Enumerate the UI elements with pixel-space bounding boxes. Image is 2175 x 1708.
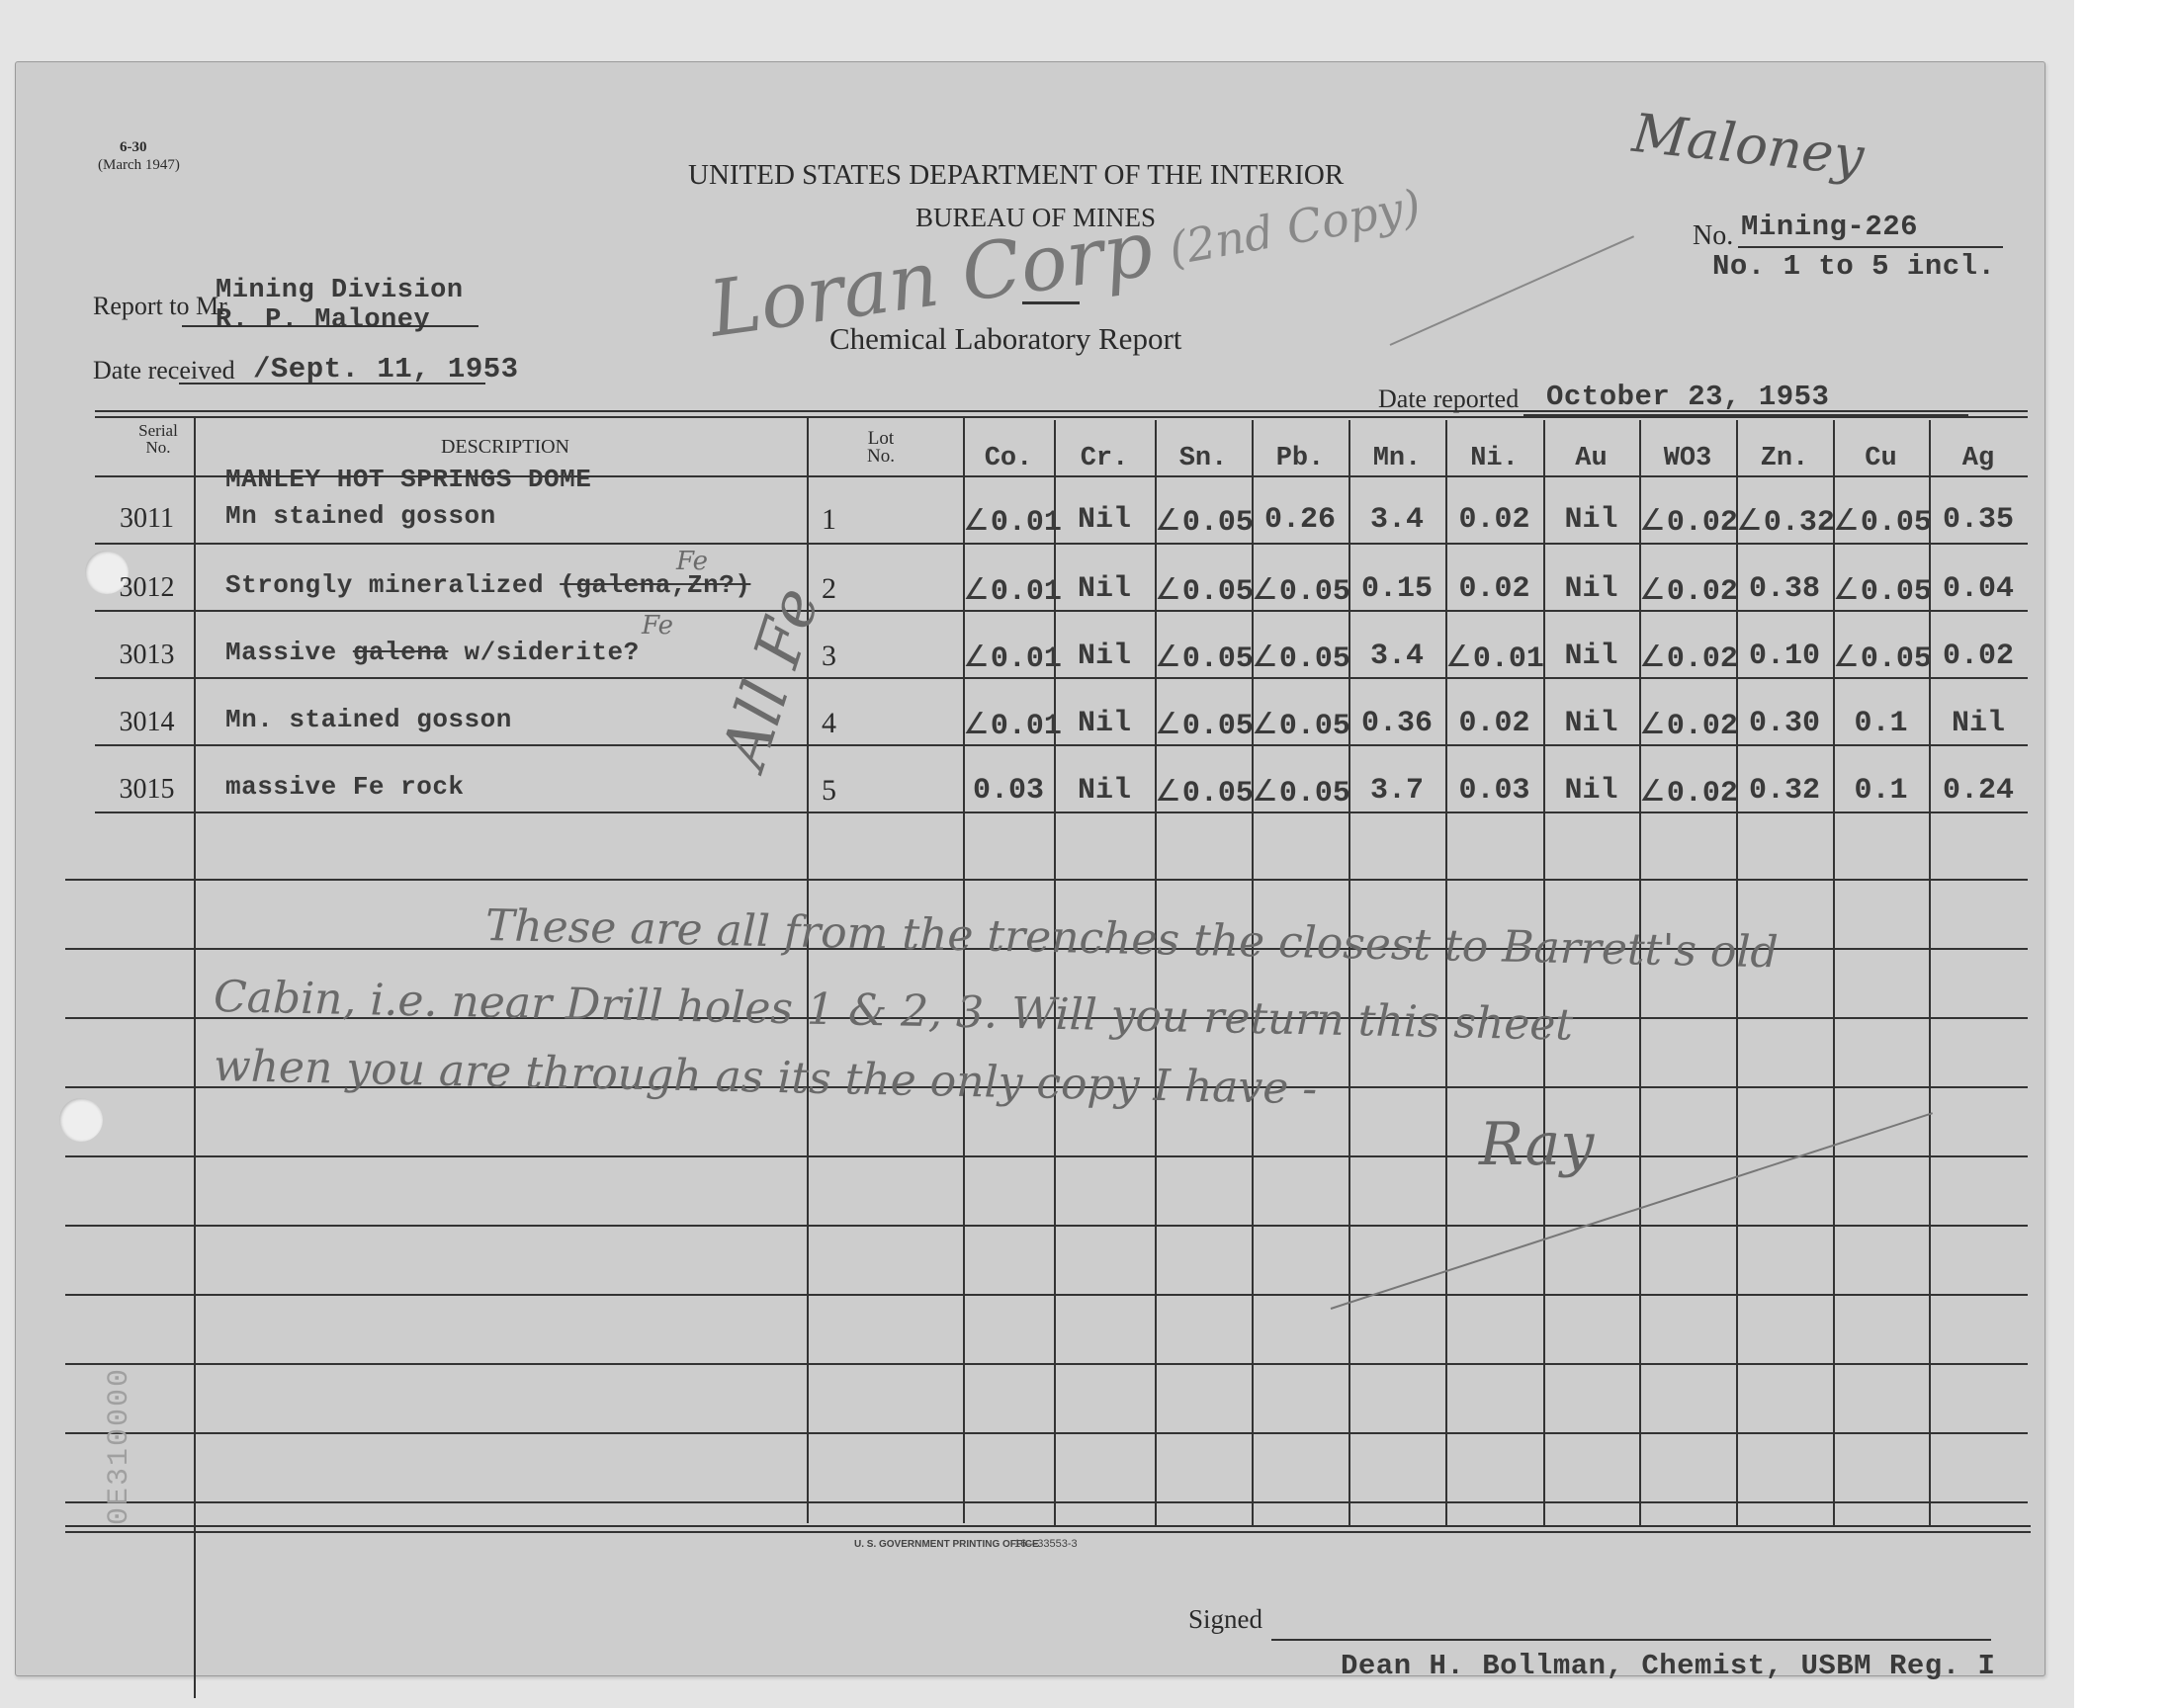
date-received-value: /Sept. 11, 1953 (253, 353, 519, 385)
less-than-icon: ∠ (1639, 503, 1666, 538)
assay-value-co: ∠0.01 (963, 503, 1054, 540)
row-rule (95, 677, 2028, 679)
assay-value-mn: 0.36 (1348, 707, 1445, 740)
description-text: Mn. stained gosson (225, 705, 512, 734)
less-than-icon: ∠ (1445, 640, 1472, 674)
assay-value-text: 0.36 (1361, 707, 1433, 740)
assay-value-text: Nil (1564, 707, 1617, 740)
assay-value-text: 0.02 (1667, 710, 1738, 743)
assay-value-text: 3.7 (1370, 774, 1424, 808)
handwritten-fe-row2: Fe (676, 547, 708, 576)
assay-value-zn: 0.30 (1736, 707, 1833, 740)
table-top-rule (95, 410, 2028, 412)
assay-value-mn: 3.4 (1348, 503, 1445, 537)
assay-value-au: Nil (1543, 572, 1639, 606)
assay-value-text: 0.05 (1182, 642, 1254, 676)
printing-code: 16—33553-3 (1014, 1538, 1078, 1550)
column-rule (807, 418, 809, 1523)
signature-line (1271, 1639, 1991, 1641)
assay-value-pb: 0.26 (1252, 503, 1348, 537)
assay-value-cr: Nil (1054, 503, 1155, 537)
date-received-label: Date received (93, 356, 235, 385)
report-no-range: No. 1 to 5 incl. (1712, 250, 1995, 283)
row-rule (65, 1501, 2028, 1503)
assay-value-text: 0.01 (991, 642, 1062, 676)
assay-value-text: 0.02 (1943, 640, 2014, 673)
less-than-icon: ∠ (1736, 503, 1763, 538)
report-to-name: R. P. Maloney (216, 305, 430, 335)
location-heading: MANLEY HOT SPRINGS DOME (225, 465, 591, 494)
description-suffix-text: w/siderite? (448, 638, 639, 667)
assay-value-text: 0.35 (1943, 503, 2014, 537)
assay-value-text: 3.4 (1370, 503, 1424, 537)
assay-value-sn: ∠0.05 (1155, 707, 1252, 743)
assay-value-cu: 0.1 (1833, 707, 1929, 740)
assay-value-sn: ∠0.05 (1155, 640, 1252, 676)
assay-value-sn: ∠0.05 (1155, 503, 1252, 540)
assay-value-sn: ∠0.05 (1155, 774, 1252, 811)
serial-number: 3012 (105, 572, 189, 604)
less-than-icon: ∠ (963, 572, 990, 607)
less-than-icon: ∠ (963, 707, 990, 741)
assay-value-text: 0.05 (1279, 777, 1350, 811)
assay-value-text: 0.10 (1749, 640, 1820, 673)
row-rule (65, 1155, 2028, 1157)
assay-value-text: 0.26 (1264, 503, 1336, 537)
sample-description: Mn stained gosson (225, 501, 496, 531)
assay-value-wo3: ∠0.02 (1639, 503, 1736, 540)
assay-value-text: 0.05 (1182, 575, 1254, 609)
assay-value-pb: ∠0.05 (1252, 707, 1348, 743)
description-text: Massive (225, 638, 353, 667)
assay-value-au: Nil (1543, 503, 1639, 537)
assay-value-text: 0.05 (1279, 575, 1350, 609)
col-header-ni: Ni. (1445, 444, 1543, 473)
assay-value-co: 0.03 (963, 774, 1054, 808)
assay-value-text: 0.30 (1749, 707, 1820, 740)
assay-value-text: 0.05 (1182, 777, 1254, 811)
assay-value-text: 0.15 (1361, 572, 1433, 606)
table-bottom-rule (65, 1531, 2031, 1533)
col-header-au: Au (1543, 444, 1639, 473)
assay-value-text: 0.04 (1943, 572, 2014, 606)
printing-office: U. S. GOVERNMENT PRINTING OFFICE (854, 1539, 1039, 1550)
assay-value-text: 0.02 (1667, 777, 1738, 811)
assay-value-text: 0.05 (1182, 506, 1254, 540)
assay-value-sn: ∠0.05 (1155, 572, 1252, 609)
col-header-serial: Serial No. (115, 422, 202, 456)
report-to-division: Mining Division (216, 276, 464, 305)
assay-value-co: ∠0.01 (963, 572, 1054, 609)
col-header-serial-line1: Serial (115, 422, 202, 439)
signature-flourish (1331, 1112, 1933, 1310)
assay-value-cu: ∠0.05 (1833, 640, 1929, 676)
assay-value-mn: 0.15 (1348, 572, 1445, 606)
handwritten-note-line3: when you are through as its the only cop… (213, 1041, 1317, 1114)
assay-value-wo3: ∠0.02 (1639, 640, 1736, 676)
less-than-icon: ∠ (1155, 572, 1181, 607)
assay-value-text: 0.05 (1182, 710, 1254, 743)
assay-value-pb: ∠0.05 (1252, 572, 1348, 609)
col-header-wo3: WO3 (1639, 444, 1736, 473)
col-header-lot: Lot No. (807, 430, 955, 466)
assay-value-text: 0.03 (1458, 774, 1529, 808)
assay-value-co: ∠0.01 (963, 640, 1054, 676)
handwritten-note-line1: These are all from the trenches the clos… (484, 900, 1779, 978)
assay-value-text: Nil (1078, 640, 1131, 673)
col-header-ag: Ag (1929, 444, 2028, 473)
row-rule (65, 879, 2028, 881)
lot-number: 4 (822, 707, 836, 740)
signer-name: Dean H. Bollman, Chemist, USBM Reg. I (1341, 1650, 1995, 1682)
assay-value-text: 0.02 (1458, 503, 1529, 537)
assay-value-text: 0.1 (1854, 774, 1907, 808)
assay-value-zn: 0.10 (1736, 640, 1833, 673)
row-rule (95, 543, 2028, 545)
assay-value-cu: ∠0.05 (1833, 503, 1929, 540)
assay-value-text: 0.02 (1458, 707, 1529, 740)
assay-value-text: 0.05 (1279, 710, 1350, 743)
less-than-icon: ∠ (1639, 640, 1666, 674)
report-to-label: Report to Mr. (93, 292, 232, 321)
assay-value-wo3: ∠0.02 (1639, 572, 1736, 609)
assay-value-text: Nil (1078, 503, 1131, 537)
serial-number: 3015 (105, 774, 189, 806)
assay-value-text: 0.01 (991, 575, 1062, 609)
col-header-description: DESCRIPTION (214, 436, 797, 459)
assay-value-cr: Nil (1054, 572, 1155, 606)
assay-value-cu: 0.1 (1833, 774, 1929, 808)
assay-value-text: 0.05 (1279, 642, 1350, 676)
assay-value-ni: 0.02 (1445, 572, 1543, 606)
sample-description: Strongly mineralized (galena,Zn?) (225, 570, 750, 600)
assay-value-text: Nil (1564, 774, 1617, 808)
assay-value-text: 0.32 (1764, 506, 1835, 540)
serial-number: 3013 (105, 640, 189, 671)
assay-value-ni: 0.02 (1445, 707, 1543, 740)
assay-value-text: 0.05 (1861, 642, 1932, 676)
assay-value-text: Nil (1952, 707, 2005, 740)
assay-value-ni: 0.02 (1445, 503, 1543, 537)
lot-number: 5 (822, 774, 836, 808)
assay-value-au: Nil (1543, 774, 1639, 808)
col-header-sn: Sn. (1155, 444, 1252, 473)
less-than-icon: ∠ (1833, 572, 1860, 607)
assay-value-pb: ∠0.05 (1252, 640, 1348, 676)
less-than-icon: ∠ (1155, 503, 1181, 538)
col-header-zn: Zn. (1736, 444, 1833, 473)
assay-value-text: Nil (1078, 774, 1131, 808)
assay-value-ag: 0.35 (1929, 503, 2028, 537)
assay-value-text: 0.02 (1667, 506, 1738, 540)
col-header-serial-line2: No. (115, 439, 202, 456)
less-than-icon: ∠ (1833, 640, 1860, 674)
assay-value-text: 0.38 (1749, 572, 1820, 606)
table-top-rule (95, 416, 2028, 418)
row-rule (65, 1432, 2028, 1434)
less-than-icon: ∠ (1155, 774, 1181, 809)
less-than-icon: ∠ (1252, 707, 1278, 741)
row-rule (65, 1294, 2028, 1296)
handwritten-2nd-copy: (2nd Copy) (1165, 179, 1425, 276)
assay-value-text: 0.1 (1854, 707, 1907, 740)
assay-value-ag: 0.02 (1929, 640, 2028, 673)
assay-value-ag: 0.24 (1929, 774, 2028, 808)
assay-value-pb: ∠0.05 (1252, 774, 1348, 811)
col-header-pb: Pb. (1252, 444, 1348, 473)
less-than-icon: ∠ (1252, 572, 1278, 607)
description-text: Strongly mineralized (225, 570, 560, 600)
assay-value-text: 0.32 (1749, 774, 1820, 808)
less-than-icon: ∠ (1639, 572, 1666, 607)
less-than-icon: ∠ (963, 640, 990, 674)
pencil-stroke (1390, 235, 1634, 346)
assay-value-au: Nil (1543, 640, 1639, 673)
col-header-co: Co. (963, 444, 1054, 473)
assay-value-text: 0.01 (1473, 642, 1544, 676)
assay-value-text: 0.02 (1667, 575, 1738, 609)
assay-value-cu: ∠0.05 (1833, 572, 1929, 609)
table-bottom-rule (65, 1525, 2031, 1527)
row-rule (95, 610, 2028, 612)
row-rule (95, 811, 2028, 813)
sample-description: Mn. stained gosson (225, 705, 512, 734)
assay-value-text: 0.05 (1861, 575, 1932, 609)
description-text: massive Fe rock (225, 772, 465, 802)
description-text: Mn stained gosson (225, 501, 496, 531)
assay-value-text: Nil (1078, 572, 1131, 606)
handwritten-note-line2: Cabin, i.e. near Drill holes 1 & 2, 3. W… (213, 972, 1573, 1051)
col-header-mn: Mn. (1348, 444, 1445, 473)
handwritten-signature: Ray (1479, 1110, 1594, 1179)
less-than-icon: ∠ (963, 503, 990, 538)
assay-value-mn: 3.4 (1348, 640, 1445, 673)
handwritten-fe-row3: Fe (642, 611, 673, 640)
less-than-icon: ∠ (1833, 503, 1860, 538)
assay-value-cr: Nil (1054, 640, 1155, 673)
assay-value-text: 0.03 (973, 774, 1044, 808)
form-number: 6-30 (120, 139, 147, 156)
assay-value-text: Nil (1078, 707, 1131, 740)
description-struck-text: (galena,Zn?) (560, 570, 750, 600)
signed-label: Signed (1188, 1604, 1262, 1635)
assay-value-ni: 0.03 (1445, 774, 1543, 808)
less-than-icon: ∠ (1252, 774, 1278, 809)
serial-number: 3011 (105, 503, 189, 535)
assay-value-text: Nil (1564, 640, 1617, 673)
less-than-icon: ∠ (1252, 640, 1278, 674)
sample-description: massive Fe rock (225, 772, 465, 802)
row-rule (95, 744, 2028, 746)
assay-value-text: Nil (1564, 572, 1617, 606)
row-rule (65, 1363, 2028, 1365)
report-to-underline (182, 325, 478, 327)
margin-stamp: 0E310000 (103, 1367, 136, 1525)
row-rule (65, 1225, 2028, 1227)
less-than-icon: ∠ (1155, 707, 1181, 741)
lot-number: 1 (822, 503, 836, 537)
serial-number: 3014 (105, 707, 189, 738)
assay-value-co: ∠0.01 (963, 707, 1054, 743)
report-no-value: Mining-226 (1741, 211, 1918, 243)
sample-description: Massive galena w/siderite? (225, 638, 640, 667)
report-sheet: 6-30 (March 1947) UNITED STATES DEPARTME… (15, 61, 2045, 1676)
col-header-lot-line2: No. (807, 448, 955, 466)
assay-value-mn: 3.7 (1348, 774, 1445, 808)
assay-value-text: 0.01 (991, 710, 1062, 743)
less-than-icon: ∠ (1639, 707, 1666, 741)
punch-hole (59, 1098, 103, 1142)
description-struck-text: galena (353, 638, 449, 667)
report-no-underline (1738, 246, 2003, 248)
handwritten-maloney: Maloney (1629, 102, 1867, 188)
assay-value-zn: 0.32 (1736, 774, 1833, 808)
lot-number: 3 (822, 640, 836, 673)
assay-value-cr: Nil (1054, 707, 1155, 740)
assay-value-ag: 0.04 (1929, 572, 2028, 606)
assay-value-cr: Nil (1054, 774, 1155, 808)
form-date: (March 1947) (98, 157, 180, 174)
assay-value-text: 0.01 (991, 506, 1062, 540)
assay-value-text: Nil (1564, 503, 1617, 537)
less-than-icon: ∠ (1639, 774, 1666, 809)
assay-value-text: 3.4 (1370, 640, 1424, 673)
assay-value-au: Nil (1543, 707, 1639, 740)
report-no-label: No. (1693, 220, 1733, 252)
assay-value-ag: Nil (1929, 707, 2028, 740)
assay-value-text: 0.05 (1861, 506, 1932, 540)
assay-value-wo3: ∠0.02 (1639, 707, 1736, 743)
less-than-icon: ∠ (1155, 640, 1181, 674)
date-reported-value: October 23, 1953 (1546, 381, 1829, 413)
assay-value-text: 0.02 (1667, 642, 1738, 676)
assay-value-zn: 0.38 (1736, 572, 1833, 606)
col-header-cu: Cu (1833, 444, 1929, 473)
assay-value-wo3: ∠0.02 (1639, 774, 1736, 811)
department-heading: UNITED STATES DEPARTMENT OF THE INTERIOR (688, 159, 1344, 192)
assay-value-text: 0.02 (1458, 572, 1529, 606)
assay-value-text: 0.24 (1943, 774, 2014, 808)
assay-value-zn: ∠0.32 (1736, 503, 1833, 540)
assay-value-ni: ∠0.01 (1445, 640, 1543, 676)
date-received-underline (179, 383, 485, 384)
col-header-cr: Cr. (1054, 444, 1155, 473)
